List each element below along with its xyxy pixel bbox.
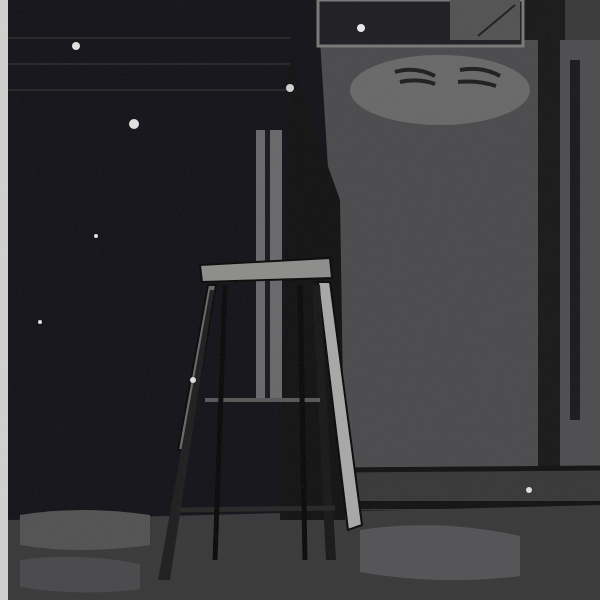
stool-etching [0,0,600,600]
print-image [0,0,600,600]
paper-edge [0,0,8,600]
door-post [538,0,560,520]
